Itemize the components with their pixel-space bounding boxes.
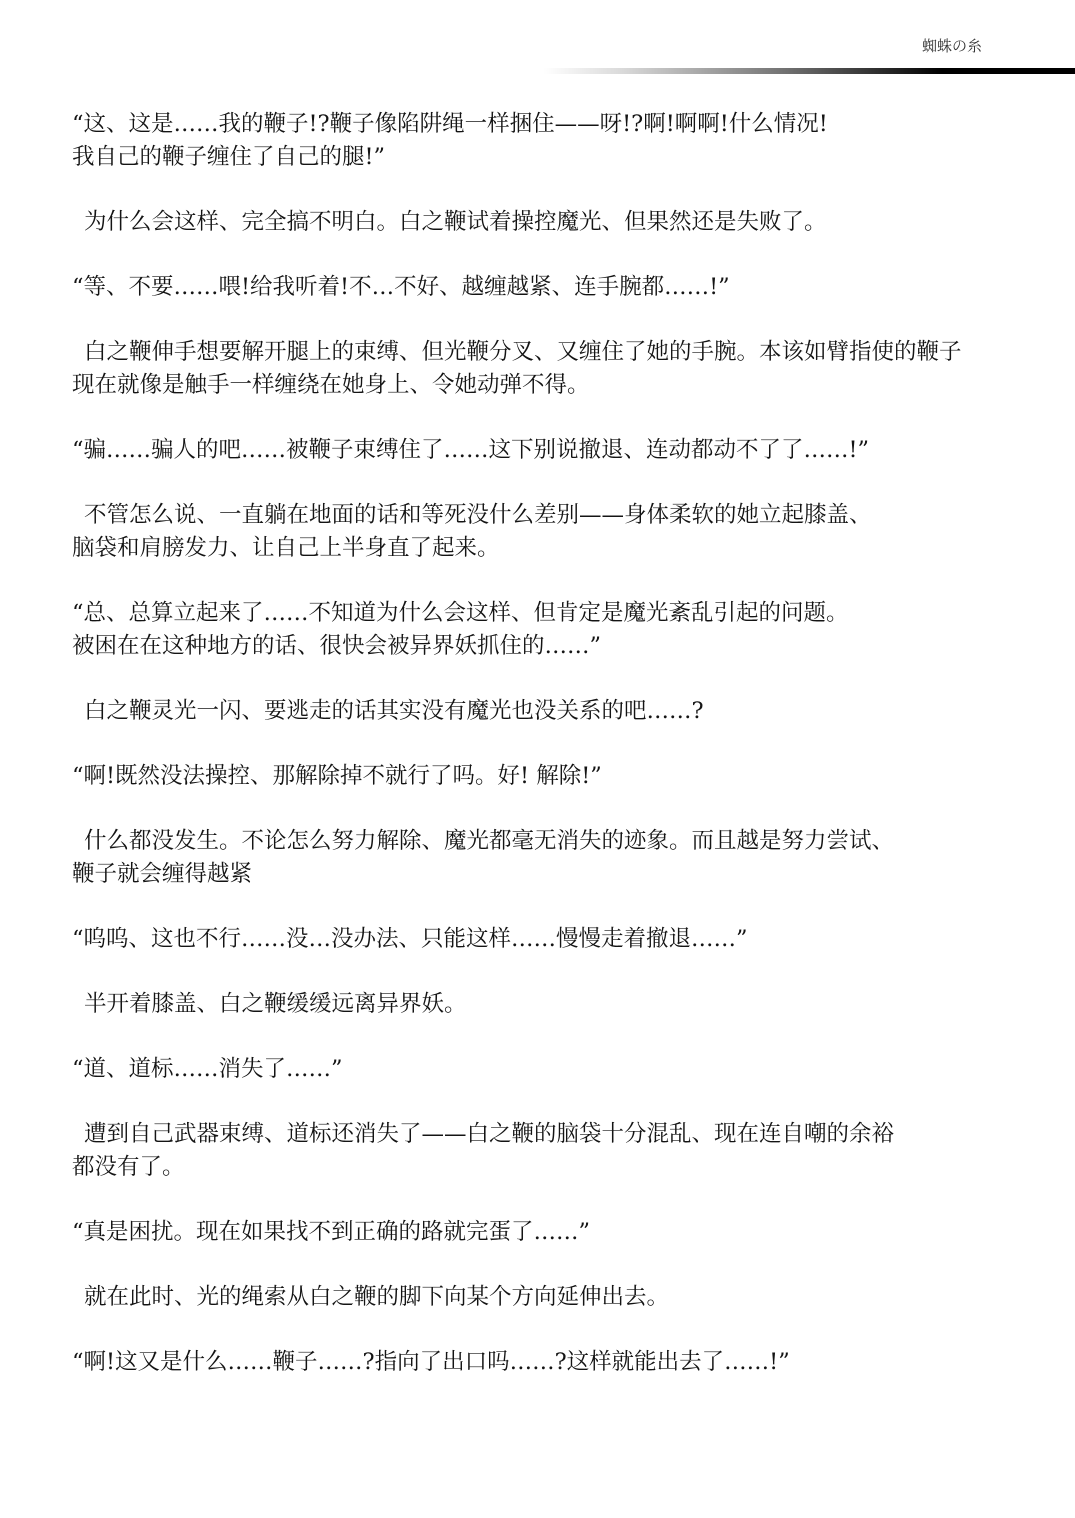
narration-paragraph: 白之鞭灵光一闪、要逃走的话其实没有魔光也没关系的吧……? [72, 695, 1062, 728]
header-gradient-rule [543, 68, 1075, 74]
text-line: “骗……骗人的吧……被鞭子束缚住了……这下别说撤退、连动都动不了了……!” [72, 434, 1062, 467]
dialogue-paragraph: “等、不要……喂!给我听着!不…不好、越缠越紧、连手腕都……!” [72, 271, 1062, 304]
dialogue-paragraph: “真是困扰。现在如果找不到正确的路就完蛋了……” [72, 1216, 1062, 1249]
text-line: 现在就像是触手一样缠绕在她身上、令她动弹不得。 [72, 369, 1062, 402]
page-body: “这、这是……我的鞭子!?鞭子像陷阱绳一样捆住——呀!?啊!啊啊!什么情况! 我… [72, 108, 1062, 1411]
dialogue-paragraph: “呜呜、这也不行……没…没办法、只能这样……慢慢走着撤退……” [72, 923, 1062, 956]
dialogue-paragraph: “道、道标……消失了……” [72, 1053, 1062, 1086]
text-line: 为什么会这样、完全搞不明白。白之鞭试着操控魔光、但果然还是失败了。 [72, 206, 1062, 239]
text-line: “啊!这又是什么……鞭子……?指向了出口吗……?这样就能出去了……!” [72, 1346, 1062, 1379]
text-line: 什么都没发生。不论怎么努力解除、魔光都毫无消失的迹象。而且越是努力尝试、 [72, 825, 1062, 858]
narration-paragraph: 半开着膝盖、白之鞭缓缓远离异界妖。 [72, 988, 1062, 1021]
text-line: 半开着膝盖、白之鞭缓缓远离异界妖。 [72, 988, 1062, 1021]
text-line: 我自己的鞭子缠住了自己的腿!” [72, 141, 1062, 174]
text-line: 白之鞭伸手想要解开腿上的束缚、但光鞭分叉、又缠住了她的手腕。本该如臂指使的鞭子 [72, 336, 1062, 369]
narration-paragraph: 遭到自己武器束缚、道标还消失了——白之鞭的脑袋十分混乱、现在连自嘲的余裕 都没有… [72, 1118, 1062, 1184]
dialogue-paragraph: “啊!这又是什么……鞭子……?指向了出口吗……?这样就能出去了……!” [72, 1346, 1062, 1379]
text-line: 都没有了。 [72, 1151, 1062, 1184]
text-line: “真是困扰。现在如果找不到正确的路就完蛋了……” [72, 1216, 1062, 1249]
text-line: 脑袋和肩膀发力、让自己上半身直了起来。 [72, 532, 1062, 565]
narration-paragraph: 就在此时、光的绳索从白之鞭的脚下向某个方向延伸出去。 [72, 1281, 1062, 1314]
text-line: “啊!既然没法操控、那解除掉不就行了吗。好! 解除!” [72, 760, 1062, 793]
text-line: “等、不要……喂!给我听着!不…不好、越缠越紧、连手腕都……!” [72, 271, 1062, 304]
text-line: “这、这是……我的鞭子!?鞭子像陷阱绳一样捆住——呀!?啊!啊啊!什么情况! [72, 108, 1062, 141]
dialogue-paragraph: “骗……骗人的吧……被鞭子束缚住了……这下别说撤退、连动都动不了了……!” [72, 434, 1062, 467]
narration-paragraph: 什么都没发生。不论怎么努力解除、魔光都毫无消失的迹象。而且越是努力尝试、 鞭子就… [72, 825, 1062, 891]
narration-paragraph: 为什么会这样、完全搞不明白。白之鞭试着操控魔光、但果然还是失败了。 [72, 206, 1062, 239]
text-line: “呜呜、这也不行……没…没办法、只能这样……慢慢走着撤退……” [72, 923, 1062, 956]
text-line: “总、总算立起来了……不知道为什么会这样、但肯定是魔光紊乱引起的问题。 [72, 597, 1062, 630]
narration-paragraph: 白之鞭伸手想要解开腿上的束缚、但光鞭分叉、又缠住了她的手腕。本该如臂指使的鞭子 … [72, 336, 1062, 402]
narration-paragraph: 不管怎么说、一直躺在地面的话和等死没什么差别——身体柔软的她立起膝盖、 脑袋和肩… [72, 499, 1062, 565]
text-line: 不管怎么说、一直躺在地面的话和等死没什么差别——身体柔软的她立起膝盖、 [72, 499, 1062, 532]
running-header-title: 蜘蛛の糸 [922, 35, 982, 56]
text-line: “道、道标……消失了……” [72, 1053, 1062, 1086]
text-line: 白之鞭灵光一闪、要逃走的话其实没有魔光也没关系的吧……? [72, 695, 1062, 728]
text-line: 被困在在这种地方的话、很快会被异界妖抓住的……” [72, 630, 1062, 663]
dialogue-paragraph: “啊!既然没法操控、那解除掉不就行了吗。好! 解除!” [72, 760, 1062, 793]
text-line: 就在此时、光的绳索从白之鞭的脚下向某个方向延伸出去。 [72, 1281, 1062, 1314]
text-line: 鞭子就会缠得越紧 [72, 858, 1062, 891]
dialogue-paragraph: “总、总算立起来了……不知道为什么会这样、但肯定是魔光紊乱引起的问题。 被困在在… [72, 597, 1062, 663]
dialogue-paragraph: “这、这是……我的鞭子!?鞭子像陷阱绳一样捆住——呀!?啊!啊啊!什么情况! 我… [72, 108, 1062, 174]
text-line: 遭到自己武器束缚、道标还消失了——白之鞭的脑袋十分混乱、现在连自嘲的余裕 [72, 1118, 1062, 1151]
